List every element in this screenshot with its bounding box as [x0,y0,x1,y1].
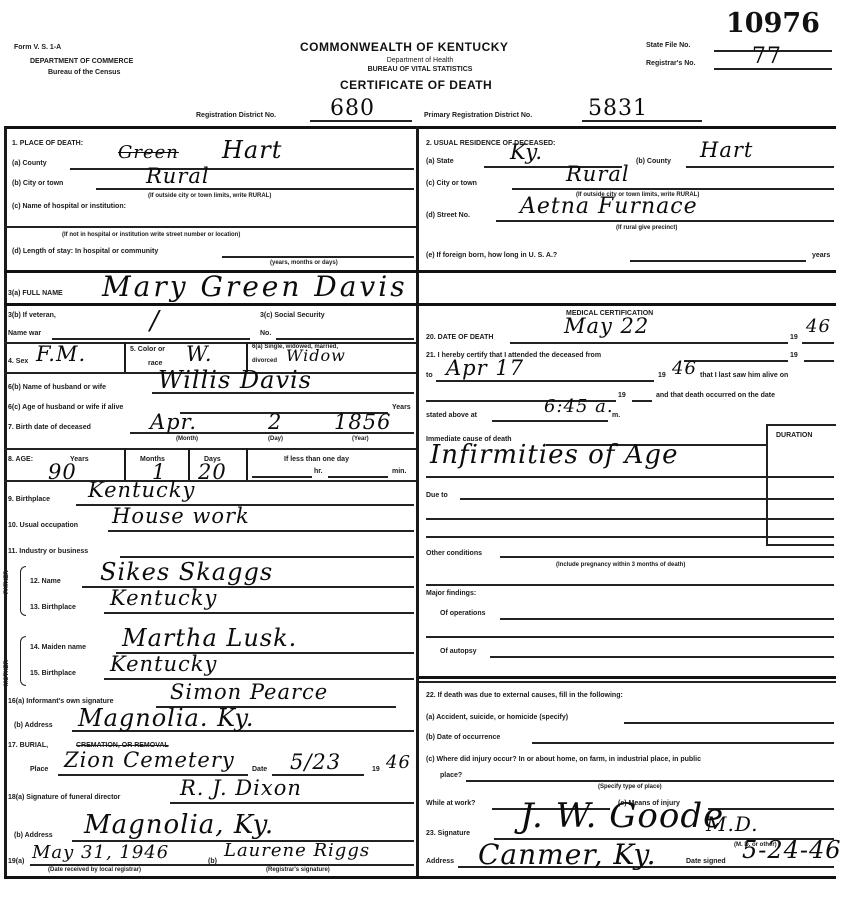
sig-address-label: Address [426,858,454,865]
occurred-year-prefix: 19 [618,392,626,399]
spouse-label: 6(b) Name of husband or wife [8,384,106,391]
m-label: m. [612,412,620,419]
race-value: W. [186,342,213,366]
reg-district-value: 680 [330,96,375,121]
received-caption: (Date received by local registrar) [48,867,141,873]
where-place-label: place? [440,772,462,779]
bureau-vital: BUREAU OF VITAL STATISTICS [300,66,540,73]
death-year-prefix: 19 [790,334,798,341]
year-caption: (Year) [352,436,369,442]
birthplace-value: Kentucky [88,478,195,502]
county-struck: Green [118,142,179,163]
to-year-prefix: 19 [658,372,666,379]
res-state-value: Ky. [510,140,543,164]
occurred-text: and that death occurred on the date [656,392,775,399]
burial-date-value: 5/23 [290,750,341,774]
bureau-census: Bureau of the Census [48,69,120,76]
mother-name-value: Martha Lusk. [122,624,297,652]
primary-reg-district-label: Primary Registration District No. [424,112,532,119]
other-conditions-label: Other conditions [426,550,482,557]
county-value: Hart [222,136,282,164]
age-label: 8. AGE: [8,456,33,463]
registrar-no-value: 77 [752,44,782,69]
birth-year: 1856 [334,410,391,434]
commonwealth-title: COMMONWEALTH OF KENTUCKY [300,40,508,54]
occupation-value: House work [112,504,250,528]
res-foreign-label: (e) If foreign born, how long in U. S. A… [426,252,557,259]
other-conditions-note: (Include pregnancy within 3 months of de… [556,562,685,568]
external-heading: 22. If death was due to external causes,… [426,692,623,699]
dept-health: Department of Health [300,57,540,64]
ss-label: 3(c) Social Security [260,312,325,319]
stay-note: (years, months or days) [270,260,338,266]
father-side-label: FATHER [4,570,10,594]
sex-label: 4. Sex [8,358,28,365]
divorced-label: divorced [252,358,277,364]
work-label: While at work? [426,800,475,807]
father-name-value: Sikes Skaggs [100,558,273,586]
primary-reg-district-value: 5831 [588,96,648,121]
occupation-label: 10. Usual occupation [8,522,78,529]
death-year-value: 46 [806,316,831,337]
res-foreign-unit: years [812,252,830,259]
informant-address-value: Magnolia. Ky. [78,704,254,732]
registrar-sig-value: Laurene Riggs [224,840,370,861]
less-day-label: If less than one day [284,456,349,463]
spouse-age-unit: Years [392,404,411,411]
hospital-label: (c) Name of hospital or institution: [12,203,126,210]
registrar-sig-prefix: (b) [208,858,217,865]
city-note: (If outside city or town limits, write R… [148,193,271,199]
received-value: May 31, 1946 [32,842,169,863]
birth-month: Apr. [150,410,197,434]
death-date-value: May 22 [564,314,649,338]
occurrence-label: (b) Date of occurrence [426,734,500,741]
major-findings-label: Major findings: [426,590,476,597]
burial-year-value: 46 [386,752,411,773]
certificate-title: CERTIFICATE OF DEATH [340,78,492,92]
death-date-label: 20. DATE OF DEATH [426,334,493,341]
date-signed-label: Date signed [686,858,726,865]
signature-label: 23. Signature [426,830,470,837]
county-label: (a) County [12,160,47,167]
full-name-value: Mary Green Davis [102,270,408,303]
city-value: Rural [146,164,210,188]
cause-value: Infirmities of Age [430,440,678,470]
mother-side-label: MOTHER [4,660,10,686]
industry-label: 11. Industry or business [8,548,88,555]
duration-label: DURATION [776,432,812,439]
to-label: to [426,372,433,379]
due-to-label: Due to [426,492,448,499]
res-county-label: (b) County [636,158,671,165]
last-seen-text: that I last saw him alive on [700,372,788,379]
sex-value: F.M. [36,342,86,366]
month-caption: (Month) [176,436,198,442]
time-value: 6:45 a. [544,396,614,417]
city-label: (b) City or town [12,180,63,187]
marital-value: Widow [286,346,346,365]
state-file-label: State File No. [646,42,690,49]
color-label: 5. Color or [130,346,165,353]
res-city-label: (c) City or town [426,180,477,187]
stated-label: stated above at [426,412,477,419]
res-street-label: (d) Street No. [426,212,470,219]
director-value: R. J. Dixon [180,776,302,800]
mother-birthplace-value: Kentucky [110,652,217,676]
form-id: Form V. S. 1-A [14,44,61,51]
res-state-label: (a) State [426,158,454,165]
veteran-value: / [150,306,160,336]
burial-heading: 17. BURIAL, [8,742,48,749]
spouse-value: Willis Davis [158,366,312,394]
director-address-label: (b) Address [14,832,53,839]
place-of-death-heading: 1. PLACE OF DEATH: [12,140,83,147]
mother-name-label: 14. Maiden name [30,644,86,651]
full-name-label: 3(a) FULL NAME [8,290,63,297]
birth-label: 7. Birth date of deceased [8,424,91,431]
signature-value: J. W. Goode [520,796,724,836]
informant-address-label: (b) Address [14,722,53,729]
spouse-age-label: 6(c) Age of husband or wife if alive [8,404,123,411]
where-label: (c) Where did injury occur? In or about … [426,756,701,763]
registrar-caption: (Registrar's signature) [266,867,330,873]
where-place-note: (Specify type of place) [598,784,662,790]
burial-date-label: Date [252,766,267,773]
mother-birthplace-label: 15. Birthplace [30,670,76,677]
director-label: 18(a) Signature of funeral director [8,794,120,801]
hospital-note: (If not in hospital or institution write… [62,232,240,238]
sig-address-value: Canmer, Ky. [478,838,657,871]
date-signed-value: 5-24-46 [742,836,842,864]
registrar-no-label: Registrar's No. [646,60,696,67]
res-county-value: Hart [700,138,753,162]
birth-day: 2 [268,410,282,434]
signature-title-value: M.D. [706,812,759,836]
ss-no-label: No. [260,330,271,337]
burial-place-label: Place [30,766,48,773]
reg-district-label: Registration District No. [196,112,276,119]
burial-place-value: Zion Cemetery [64,748,235,772]
father-name-label: 12. Name [30,578,61,585]
father-birthplace-label: 13. Birthplace [30,604,76,611]
father-birthplace-value: Kentucky [110,586,217,610]
accident-label: (a) Accident, suicide, or homicide (spec… [426,714,568,721]
dept-commerce: DEPARTMENT OF COMMERCE [30,58,133,65]
birthplace-label: 9. Birthplace [8,496,50,503]
day-caption: (Day) [268,436,283,442]
informant-signature-value: Simon Pearce [170,680,328,704]
operations-label: Of operations [440,610,486,617]
burial-year-prefix: 19 [372,766,380,773]
mother-bracket [20,636,26,686]
director-address-value: Magnolia, Ky. [84,810,274,840]
certify-year-prefix: 19 [790,352,798,359]
stay-label: (d) Length of stay: In hospital or commu… [12,248,158,255]
min-label: min. [392,468,406,475]
veteran-label: 3(b) If veteran, [8,312,56,319]
res-city-value: Rural [566,162,630,186]
father-bracket [20,566,26,616]
hr-label: hr. [314,468,323,475]
duration-box [766,424,836,544]
received-label: 19(a) [8,858,24,865]
res-street-value: Aetna Furnace [520,194,698,219]
res-street-note: (If rural give precinct) [616,225,677,231]
to-year-value: 46 [672,358,697,379]
autopsy-label: Of autopsy [440,648,477,655]
war-label: Name war [8,330,41,337]
attended-to-value: Apr 17 [446,356,524,380]
stamp-number: 10976 [726,8,820,39]
